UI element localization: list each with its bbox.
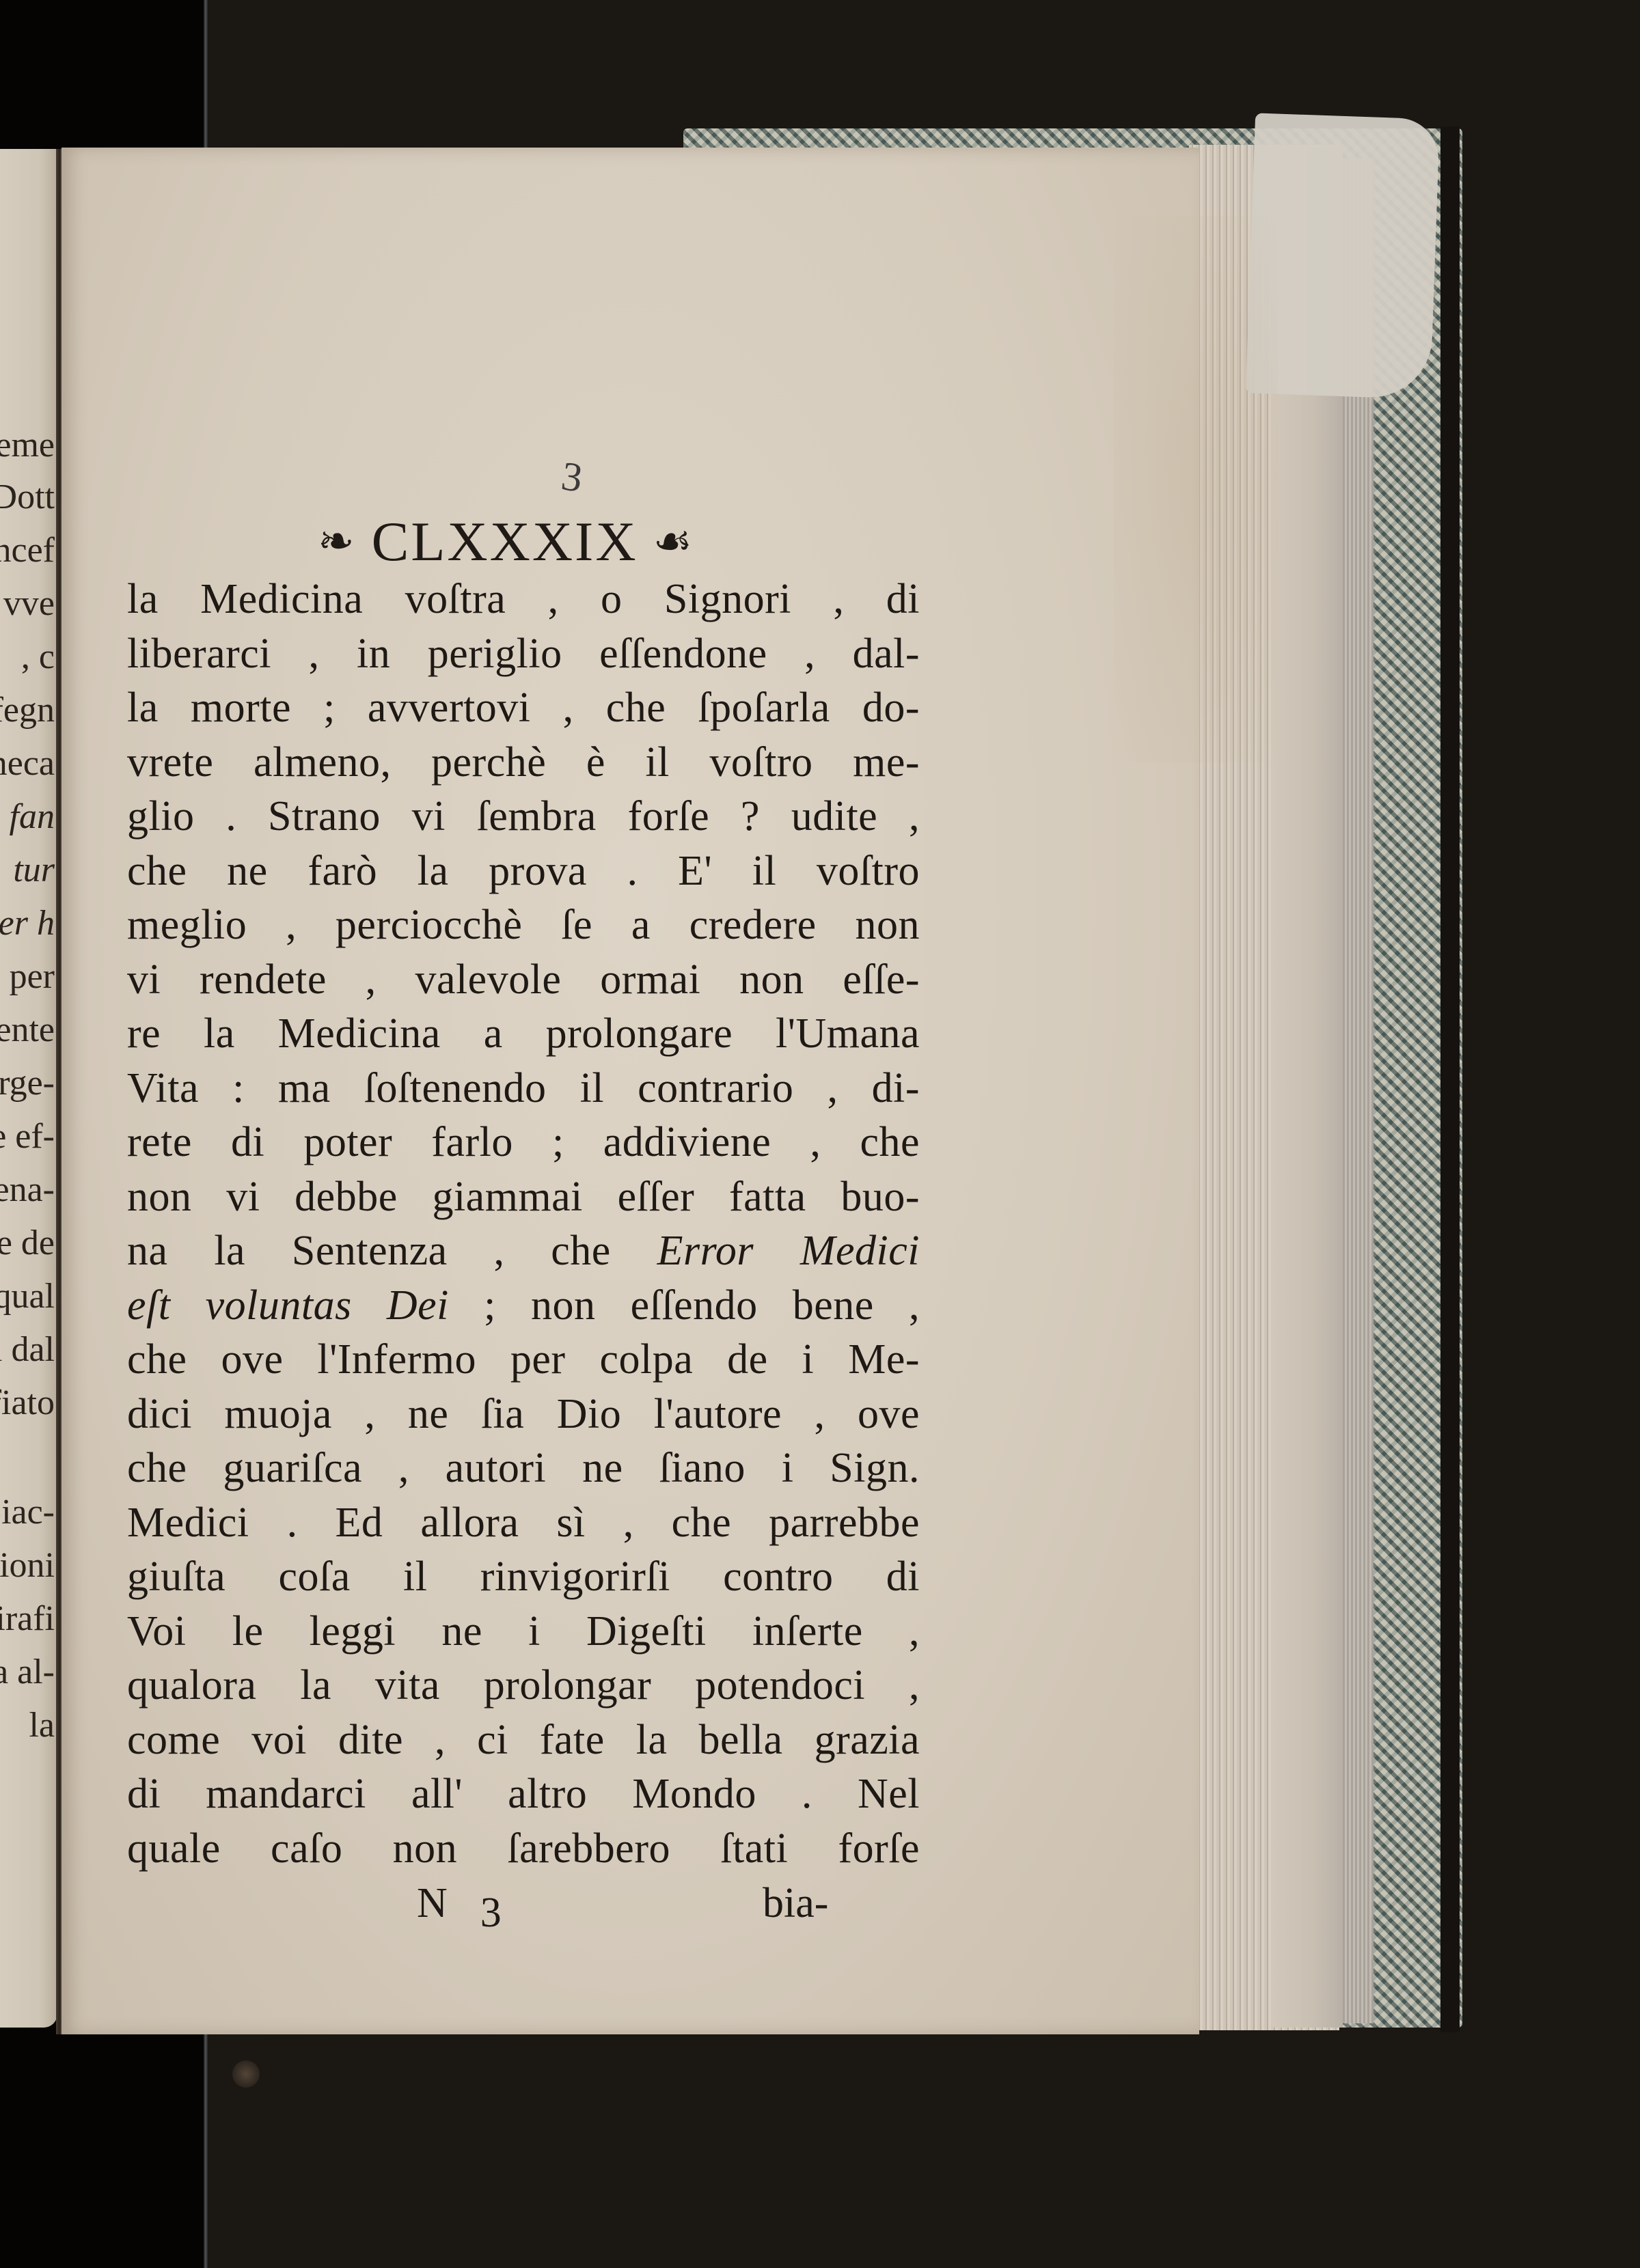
fleuron-right-icon: ☙ bbox=[653, 516, 694, 567]
left-fragment: la bbox=[29, 1708, 55, 1743]
text-line: che ove l'Infermo per colpa de i Me- bbox=[127, 1333, 920, 1387]
left-fragment: fan bbox=[10, 799, 55, 835]
left-fragment: afiato bbox=[0, 1385, 55, 1421]
signature-mark: N3 bbox=[417, 1879, 502, 1928]
text-line: vrete almeno, perchè è il voſtro me- bbox=[127, 736, 920, 790]
text-line: Voi le leggi ne i Digeſti inſerte , bbox=[127, 1605, 920, 1659]
left-fragment: e de bbox=[0, 1226, 55, 1261]
page-block-edges-outer bbox=[1343, 158, 1373, 2023]
text-line: la Medicina voſtra , o Signori , di bbox=[127, 572, 920, 627]
left-fragment: vve bbox=[3, 586, 55, 622]
fleuron-left-icon: ❧ bbox=[318, 516, 357, 567]
left-fragment: le ef- bbox=[0, 1119, 55, 1154]
left-page: eme Dott ncef vve , c fegn neca fan tur … bbox=[0, 149, 57, 2028]
body-text: la Medicina voſtra , o Signori , di libe… bbox=[127, 572, 920, 1876]
text-line: dici muoja , ne ſia Dio l'autore , ove bbox=[127, 1387, 920, 1442]
text-line: rete di poter farlo ; addiviene , che bbox=[127, 1116, 920, 1170]
left-fragment: tur bbox=[13, 853, 55, 888]
text-line: liberarci , in periglio eſſendone , dal- bbox=[127, 627, 920, 682]
text-line: meglio , perciocchè ſe a credere non bbox=[127, 898, 920, 953]
left-fragment: i dal bbox=[0, 1332, 55, 1368]
text-line: la morte ; avvertovi , che ſpoſarla do- bbox=[127, 681, 920, 736]
left-fragment: , c bbox=[21, 639, 55, 675]
page-header: ❧ CLXXXIX ☙ bbox=[318, 510, 694, 574]
cover-spine-edge bbox=[1440, 126, 1460, 2032]
text-line: che guariſca , autori ne ſiano i Sign. bbox=[127, 1441, 920, 1496]
left-fragment: er h bbox=[0, 906, 55, 941]
italic-latin-phrase: Error Medici bbox=[657, 1228, 920, 1274]
left-fragment: erge- bbox=[0, 1066, 55, 1101]
left-fragment: qual bbox=[0, 1279, 55, 1314]
left-fragment: piac- bbox=[0, 1495, 55, 1530]
left-fragment: Dott bbox=[0, 480, 55, 515]
text-line: vi rendete , valevole ormai non eſſe- bbox=[127, 953, 920, 1008]
text-line: glio . Strano vi ſembra forſe ? udite , bbox=[127, 790, 920, 844]
italic-latin-phrase: eſt voluntas Dei bbox=[127, 1282, 449, 1329]
left-fragment: eme bbox=[0, 428, 55, 463]
ink-mark: 3 bbox=[558, 452, 585, 502]
text-line: che ne farò la prova . E' il voſtro bbox=[127, 844, 920, 899]
signature-letter: N bbox=[417, 1880, 448, 1926]
signature-number: 3 bbox=[480, 1889, 502, 1937]
text-line: na la Sentenza , che Error Medici bbox=[127, 1224, 920, 1279]
text-line: eſt voluntas Dei ; non eſſendo bene , bbox=[127, 1279, 920, 1333]
left-fragment: girafi bbox=[0, 1601, 55, 1637]
left-fragment: za al- bbox=[0, 1655, 55, 1690]
page-footer: N3 bia- bbox=[127, 1879, 920, 1934]
left-fragment: fegn bbox=[0, 693, 55, 728]
page-number: CLXXXIX bbox=[372, 510, 638, 574]
text-line: giuſta coſa il rinvigorirſi contro di bbox=[127, 1550, 920, 1605]
text-line: Medici . Ed allora sì , che parrebbe bbox=[127, 1496, 920, 1551]
text-line: quale caſo non ſarebbero ſtati forſe bbox=[127, 1822, 920, 1877]
right-page: 3 ❧ CLXXXIX ☙ la Medicina voſtra , o Sig… bbox=[61, 148, 1199, 2034]
text-line: non vi debbe giammai eſſer fatta buo- bbox=[127, 1170, 920, 1225]
left-fragment: neca bbox=[0, 746, 55, 782]
left-fragment: è per bbox=[0, 959, 55, 995]
foxing-spot bbox=[232, 2060, 260, 2088]
left-fragment: ncef bbox=[0, 533, 55, 568]
text-line: Vita : ma ſoſtenendo il contrario , di- bbox=[127, 1062, 920, 1116]
text-line: di mandarci all' altro Mondo . Nel bbox=[127, 1767, 920, 1822]
text-line: come voi dite , ci fate la bella grazia bbox=[127, 1713, 920, 1768]
text-line: qualora la vita prolongar potendoci , bbox=[127, 1659, 920, 1713]
left-fragment: atena- bbox=[0, 1172, 55, 1208]
left-fragment: mente bbox=[0, 1012, 55, 1048]
page-block-edges-inner bbox=[1271, 148, 1343, 2028]
text-line: re la Medicina a prolongare l'Umana bbox=[127, 1007, 920, 1062]
catchword: bia- bbox=[763, 1879, 828, 1928]
left-fragment: agioni bbox=[0, 1548, 55, 1584]
